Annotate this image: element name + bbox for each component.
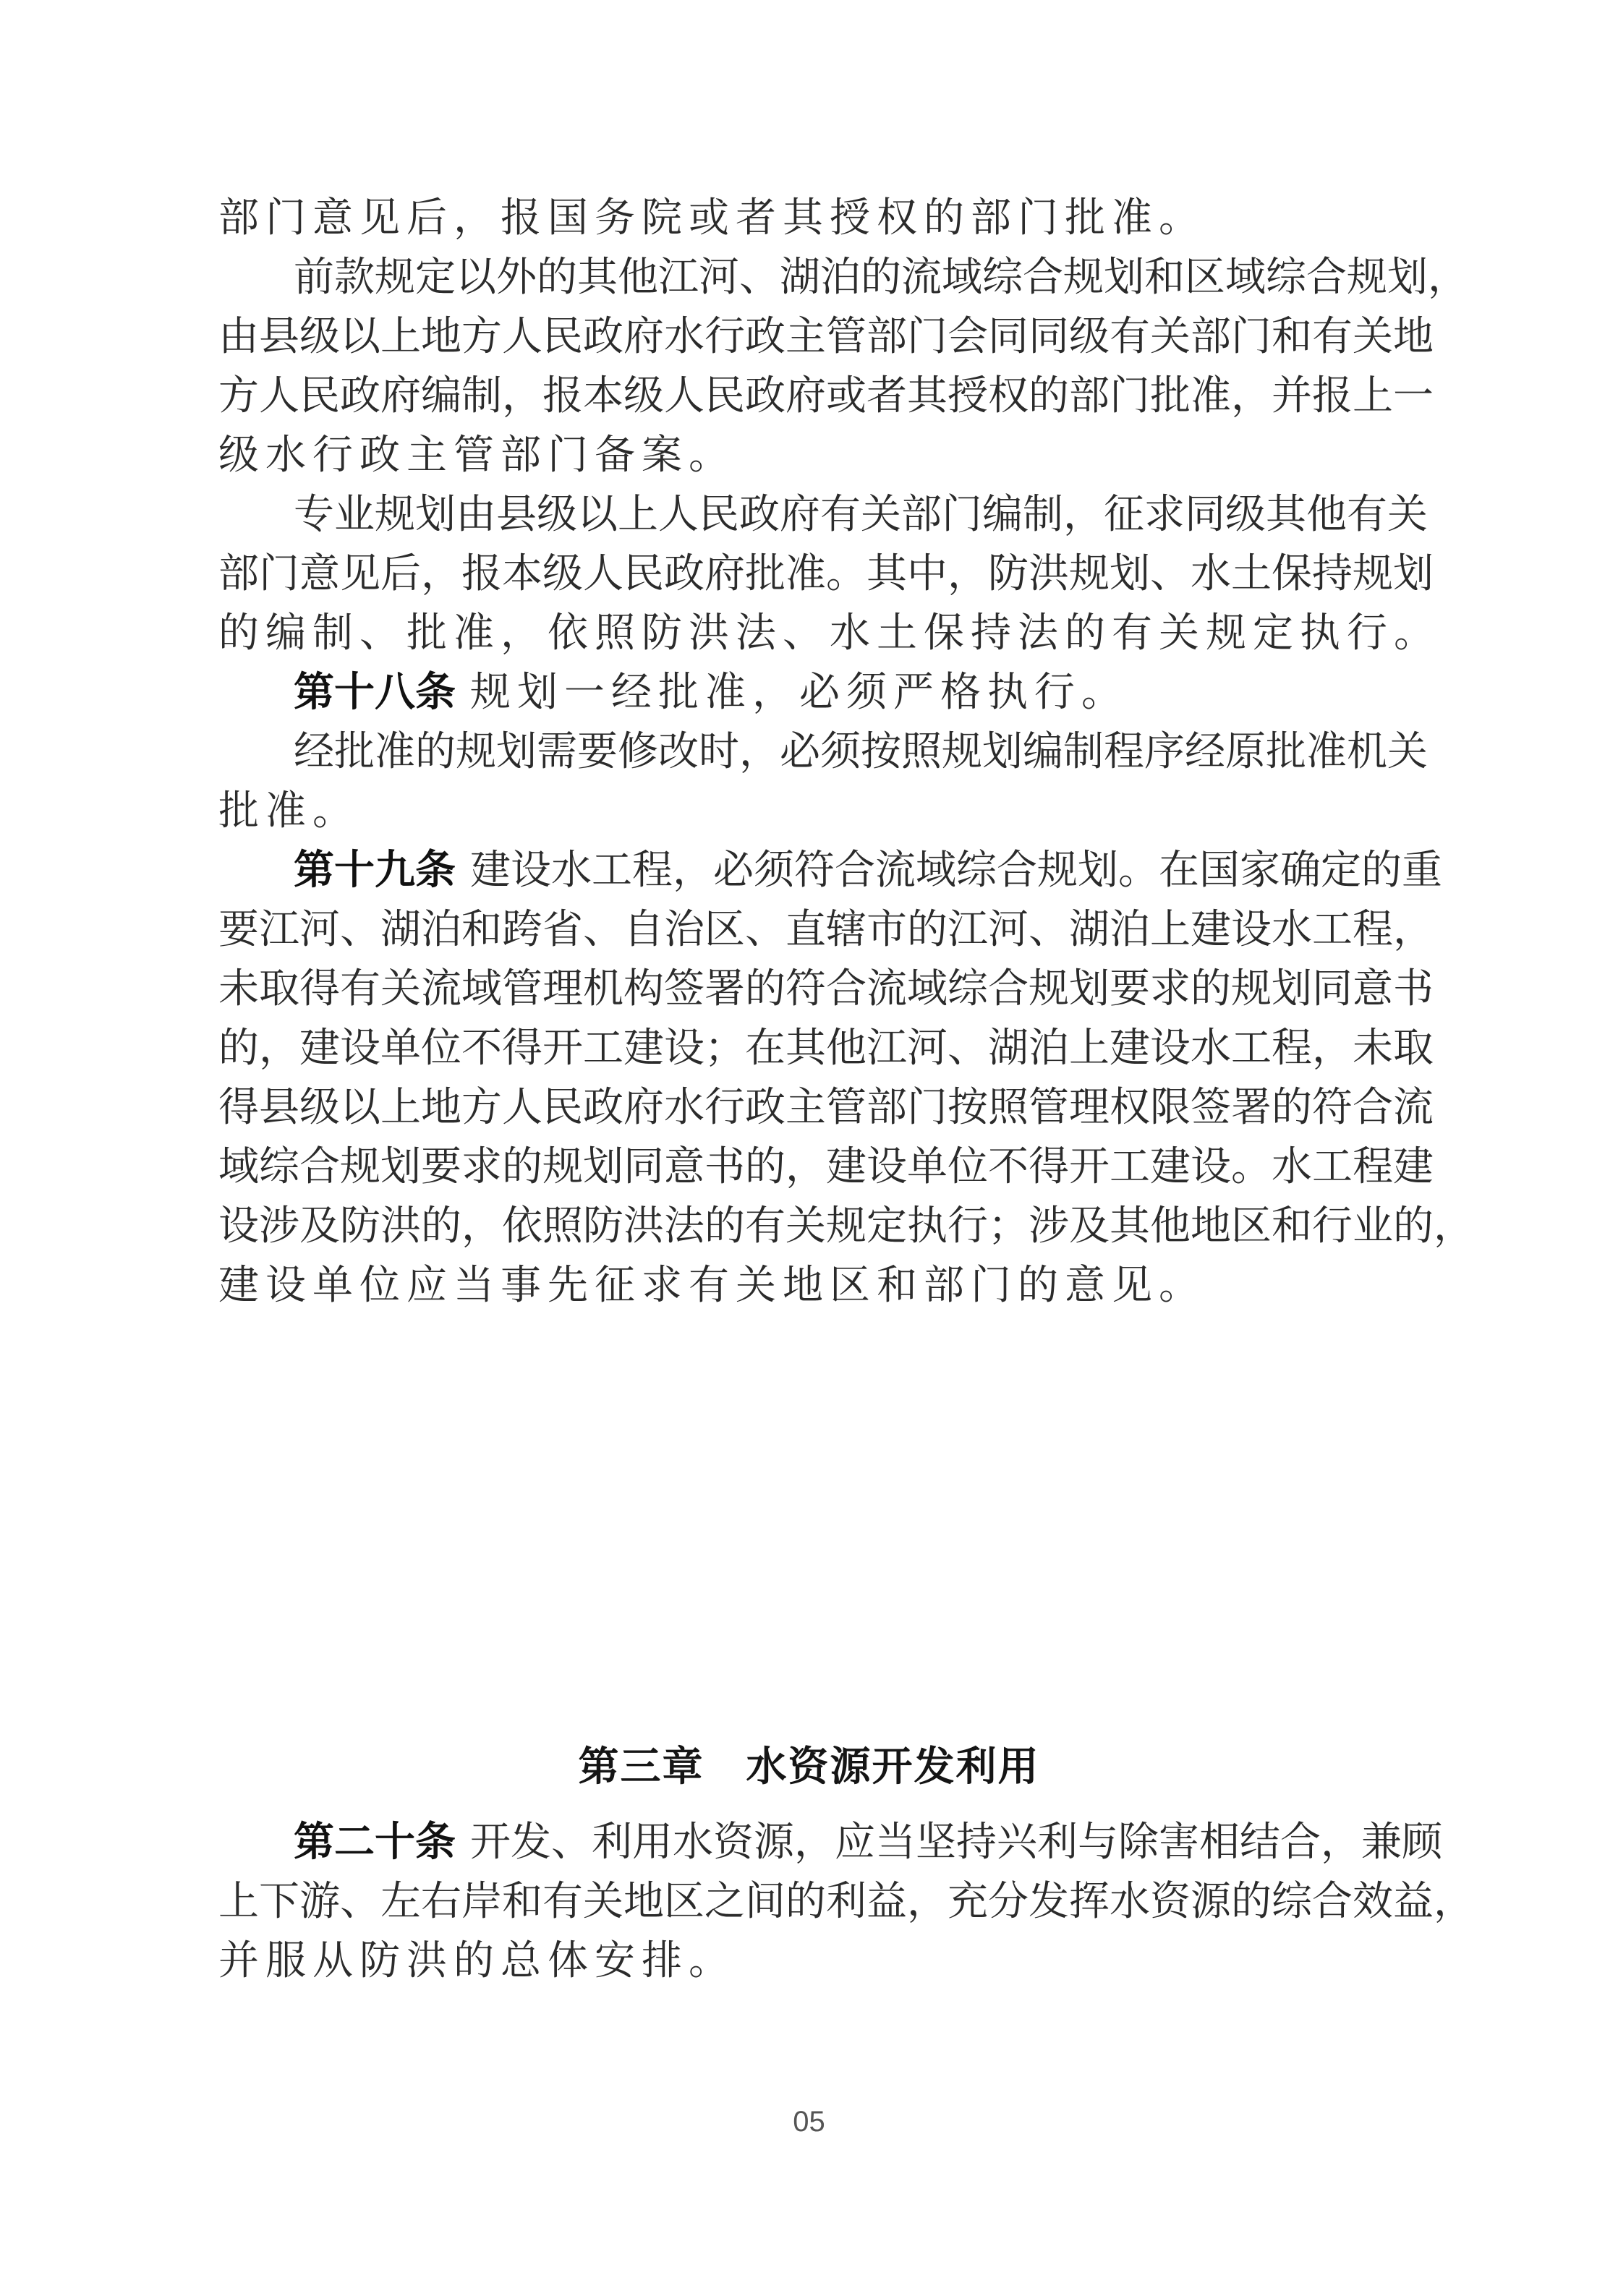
text-line: 设涉及防洪的，依照防洪法的有关规定执行；涉及其他地区和行业的， <box>218 1198 1383 1255</box>
text-line: 域综合规划要求的规划同意书的，建设单位不得开工建设。水工程建 <box>218 1138 1383 1196</box>
text-line: 建设单位应当事先征求有关地区和部门的意见。 <box>218 1257 1206 1315</box>
text-line: 由县级以上地方人民政府水行政主管部门会同同级有关部门和有关地 <box>218 308 1383 366</box>
article-number: 第十九条 <box>294 847 456 894</box>
article-text: 建设水工程，必须符合流域综合规划。在国家确定的重 <box>470 847 1442 894</box>
article-19-first-line: 第十九条建设水工程，必须符合流域综合规划。在国家确定的重 <box>294 842 1383 900</box>
text-line: 前款规定以外的其他江河、湖泊的流域综合规划和区域综合规划， <box>294 249 1383 307</box>
article-text: 规划一经批准，必须严格执行。 <box>470 669 1128 716</box>
text-line: 并服从防洪的总体安排。 <box>218 1932 736 1990</box>
text-line: 方人民政府编制，报本级人民政府或者其授权的部门批准，并报上一 <box>218 367 1383 425</box>
text-line: 级水行政主管部门备案。 <box>218 427 736 485</box>
text-line: 上下游、左右岸和有关地区之间的利益，充分发挥水资源的综合效益， <box>218 1873 1383 1931</box>
text-line: 经批准的规划需要修改时，必须按照规划编制程序经原批准机关 <box>294 723 1383 781</box>
text-line: 要江河、湖泊和跨省、自治区、直辖市的江河、湖泊上建设水工程， <box>218 901 1383 959</box>
text-line: 得县级以上地方人民政府水行政主管部门按照管理权限签署的符合流 <box>218 1079 1383 1137</box>
page-number: 05 <box>0 2106 1618 2138</box>
chapter-title: 第三章 水资源开发利用 <box>218 1738 1400 1796</box>
article-number: 第十八条 <box>294 669 456 716</box>
article-18-first-line: 第十八条规划一经批准，必须严格执行。 <box>294 664 1128 722</box>
text-line: 专业规划由县级以上人民政府有关部门编制，征求同级其他有关 <box>294 486 1383 544</box>
text-line: 部门意见后，报本级人民政府批准。其中，防洪规划、水土保持规划 <box>218 545 1383 603</box>
text-line: 的编制、批准，依照防洪法、水土保持法的有关规定执行。 <box>218 605 1441 662</box>
text-line: 的，建设单位不得开工建设；在其他江河、湖泊上建设水工程，未取 <box>218 1020 1383 1077</box>
text-line: 批准。 <box>218 782 359 840</box>
article-20-first-line: 第二十条开发、利用水资源，应当坚持兴利与除害相结合，兼顾 <box>294 1814 1383 1872</box>
article-text: 开发、利用水资源，应当坚持兴利与除害相结合，兼顾 <box>470 1819 1442 1866</box>
text-line: 未取得有关流域管理机构签署的符合流域综合规划要求的规划同意书 <box>218 960 1383 1018</box>
text-line: 部门意见后，报国务院或者其授权的部门批准。 <box>218 189 1206 247</box>
article-number: 第二十条 <box>294 1819 456 1866</box>
